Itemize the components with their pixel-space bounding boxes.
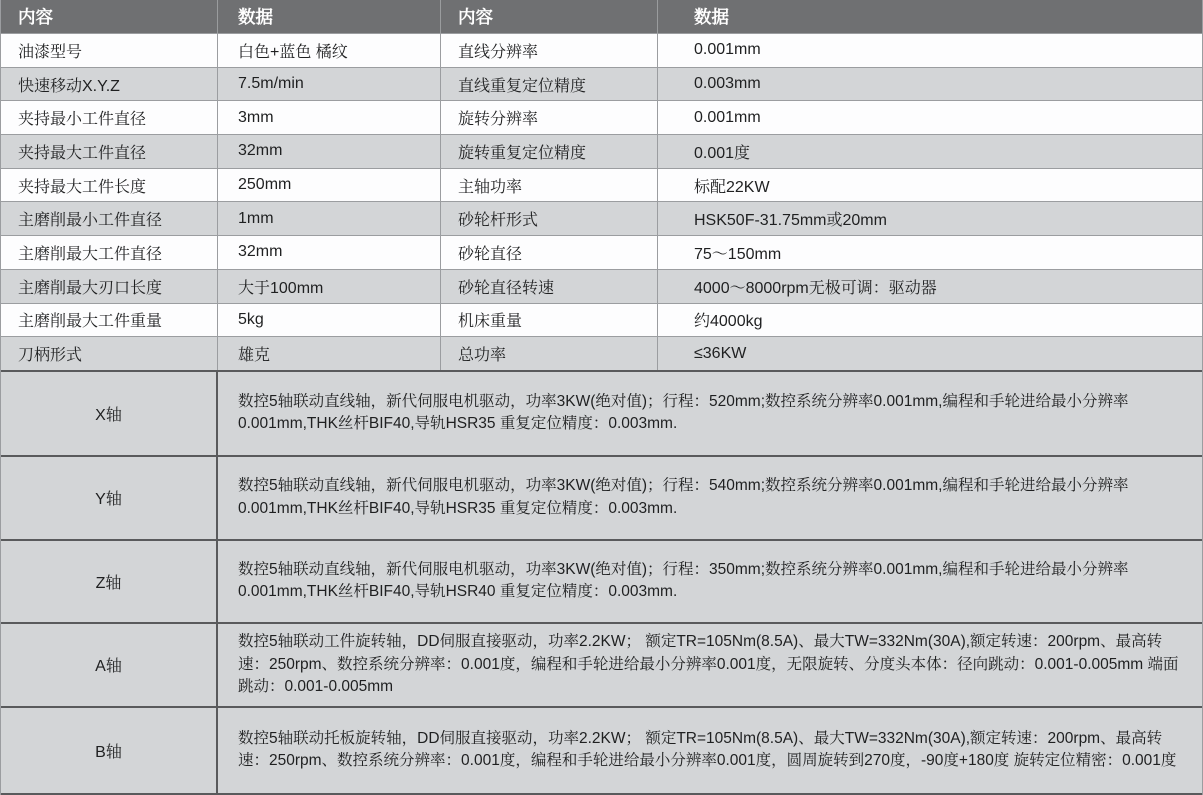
spec-label-cell: 主磨削最大工件直径 <box>1 236 218 269</box>
header-data-right: 数据 <box>658 0 1202 33</box>
spec-label-cell: 主轴功率 <box>441 169 658 202</box>
spec-value-cell: 白色+蓝色 橘纹 <box>218 34 441 67</box>
axis-label: Y轴 <box>1 457 218 539</box>
axis-description: 数控5轴联动直线轴，新代伺服电机驱动，功率3KW(绝对值)；行程：350mm;数… <box>218 541 1202 622</box>
spec-label-cell: 砂轮杆形式 <box>441 202 658 235</box>
axis-row-x: X轴 数控5轴联动直线轴，新代伺服电机驱动，功率3KW(绝对值)；行程：520m… <box>1 370 1202 455</box>
axis-row-z: Z轴 数控5轴联动直线轴，新代伺服电机驱动，功率3KW(绝对值)；行程：350m… <box>1 539 1202 622</box>
table-row: 刀柄形式 雄克 总功率 ≤36KW <box>1 336 1202 370</box>
spec-value-cell: HSK50F-31.75mm或20mm <box>658 202 1202 235</box>
spec-label-cell: 砂轮直径 <box>441 236 658 269</box>
header-content-left: 内容 <box>1 0 218 33</box>
axis-description: 数控5轴联动工件旋转轴，DD伺服直接驱动，功率2.2KW； 额定TR=105Nm… <box>218 624 1202 706</box>
spec-value-cell: 0.001mm <box>658 34 1202 67</box>
spec-label-cell: 快速移动X.Y.Z <box>1 68 218 101</box>
spec-label-cell: 夹持最大工件长度 <box>1 169 218 202</box>
spec-label-cell: 油漆型号 <box>1 34 218 67</box>
axis-label: B轴 <box>1 708 218 793</box>
spec-value-cell: 250mm <box>218 169 441 202</box>
spec-value-cell: 4000～8000rpm无极可调：驱动器 <box>658 270 1202 303</box>
spec-value-cell: 大于100mm <box>218 270 441 303</box>
spec-label-cell: 砂轮直径转速 <box>441 270 658 303</box>
spec-value-cell: 0.001度 <box>658 135 1202 168</box>
header-content-right: 内容 <box>441 0 658 33</box>
spec-label-cell: 机床重量 <box>441 304 658 337</box>
axis-row-b: B轴 数控5轴联动托板旋转轴，DD伺服直接驱动，功率2.2KW； 额定TR=10… <box>1 706 1202 795</box>
spec-value-cell: 0.003mm <box>658 68 1202 101</box>
spec-value-cell: 0.001mm <box>658 101 1202 134</box>
table-row: 主磨削最大工件直径 32mm 砂轮直径 75～150mm <box>1 235 1202 269</box>
spec-value-cell: 约4000kg <box>658 304 1202 337</box>
axis-label: Z轴 <box>1 541 218 622</box>
spec-label-cell: 刀柄形式 <box>1 337 218 370</box>
header-data-left: 数据 <box>218 0 441 33</box>
spec-label-cell: 旋转分辨率 <box>441 101 658 134</box>
spec-sheet-page: 内容 数据 内容 数据 油漆型号 白色+蓝色 橘纹 直线分辨率 0.001mm … <box>0 0 1203 795</box>
spec-label-cell: 主磨削最小工件直径 <box>1 202 218 235</box>
spec-label-cell: 直线分辨率 <box>441 34 658 67</box>
table-row: 夹持最小工件直径 3mm 旋转分辨率 0.001mm <box>1 100 1202 134</box>
table-row: 油漆型号 白色+蓝色 橘纹 直线分辨率 0.001mm <box>1 33 1202 67</box>
axis-description: 数控5轴联动直线轴，新代伺服电机驱动，功率3KW(绝对值)；行程：520mm;数… <box>218 372 1202 455</box>
table-row: 快速移动X.Y.Z 7.5m/min 直线重复定位精度 0.003mm <box>1 67 1202 101</box>
axis-row-y: Y轴 数控5轴联动直线轴，新代伺服电机驱动，功率3KW(绝对值)；行程：540m… <box>1 455 1202 539</box>
spec-label-cell: 直线重复定位精度 <box>441 68 658 101</box>
spec-label-cell: 夹持最大工件直径 <box>1 135 218 168</box>
spec-label-cell: 总功率 <box>441 337 658 370</box>
axis-description: 数控5轴联动直线轴，新代伺服电机驱动，功率3KW(绝对值)；行程：540mm;数… <box>218 457 1202 539</box>
table-row: 主磨削最小工件直径 1mm 砂轮杆形式 HSK50F-31.75mm或20mm <box>1 201 1202 235</box>
spec-value-cell: 7.5m/min <box>218 68 441 101</box>
spec-value-cell: 5kg <box>218 304 441 337</box>
axis-label: A轴 <box>1 624 218 706</box>
spec-value-cell: 标配22KW <box>658 169 1202 202</box>
spec-value-cell: 32mm <box>218 135 441 168</box>
spec-value-cell: 1mm <box>218 202 441 235</box>
spec-label-cell: 主磨削最大刃口长度 <box>1 270 218 303</box>
table-row: 主磨削最大工件重量 5kg 机床重量 约4000kg <box>1 303 1202 337</box>
spec-label-cell: 主磨削最大工件重量 <box>1 304 218 337</box>
spec-value-cell: 3mm <box>218 101 441 134</box>
spec-label-cell: 旋转重复定位精度 <box>441 135 658 168</box>
spec-rows: 油漆型号 白色+蓝色 橘纹 直线分辨率 0.001mm 快速移动X.Y.Z 7.… <box>1 33 1202 370</box>
spec-value-cell: ≤36KW <box>658 337 1202 370</box>
spec-value-cell: 雄克 <box>218 337 441 370</box>
spec-label-cell: 夹持最小工件直径 <box>1 101 218 134</box>
axis-row-a: A轴 数控5轴联动工件旋转轴，DD伺服直接驱动，功率2.2KW； 额定TR=10… <box>1 622 1202 706</box>
axis-description: 数控5轴联动托板旋转轴，DD伺服直接驱动，功率2.2KW； 额定TR=105Nm… <box>218 708 1202 793</box>
axis-label: X轴 <box>1 372 218 455</box>
spec-value-cell: 32mm <box>218 236 441 269</box>
spec-value-cell: 75～150mm <box>658 236 1202 269</box>
table-row: 夹持最大工件直径 32mm 旋转重复定位精度 0.001度 <box>1 134 1202 168</box>
table-header-row: 内容 数据 内容 数据 <box>1 0 1202 33</box>
spec-table: 内容 数据 内容 数据 油漆型号 白色+蓝色 橘纹 直线分辨率 0.001mm … <box>0 0 1203 795</box>
table-row: 主磨削最大刃口长度 大于100mm 砂轮直径转速 4000～8000rpm无极可… <box>1 269 1202 303</box>
table-row: 夹持最大工件长度 250mm 主轴功率 标配22KW <box>1 168 1202 202</box>
